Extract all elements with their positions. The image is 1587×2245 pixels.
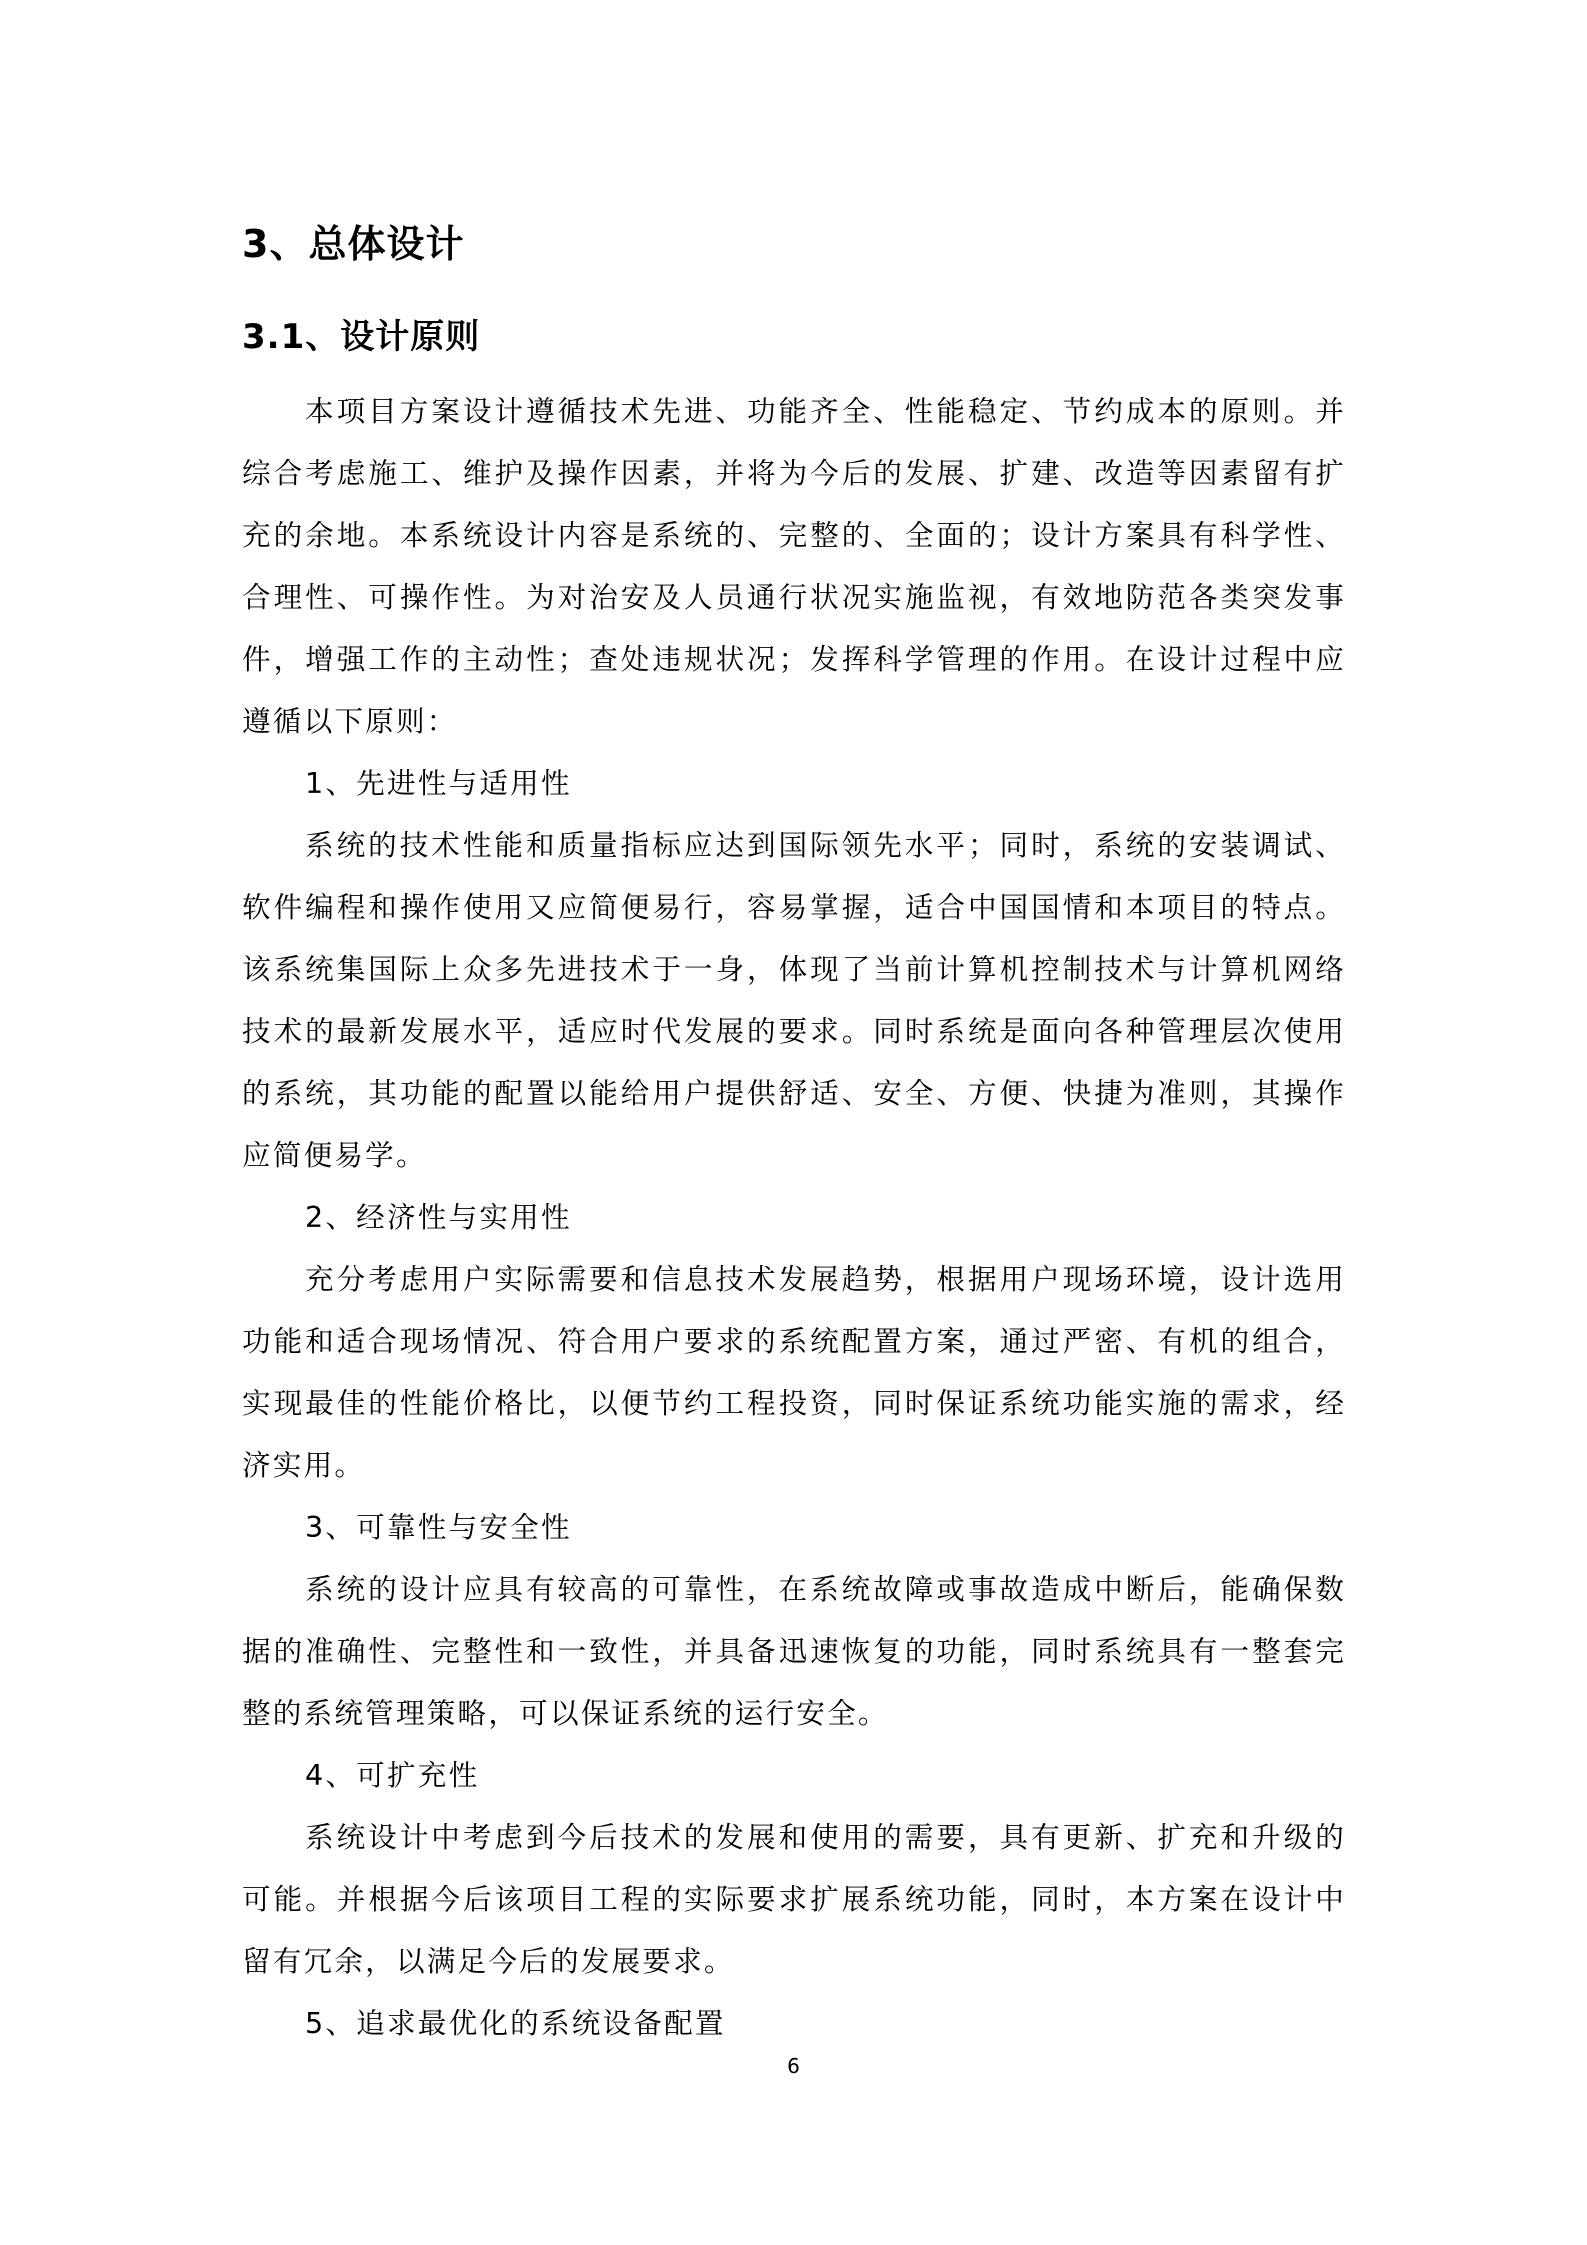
principle-title-4: 4、可扩充性 [242,1744,1346,1806]
section-heading: 3、总体设计 [242,216,464,272]
document-page: 3、总体设计 3.1、设计原则 本项目方案设计遵循技术先进、功能齐全、性能稳定、… [0,0,1587,2245]
subsection-heading: 3.1、设计原则 [242,312,480,362]
principle-text-2: 充分考虑用户实际需要和信息技术发展趋势，根据用户现场环境，设计选用功能和适合现场… [242,1248,1346,1496]
principle-title-1: 1、先进性与适用性 [242,752,1346,814]
principle-title-2: 2、经济性与实用性 [242,1186,1346,1248]
principle-text-1: 系统的技术性能和质量指标应达到国际领先水平；同时，系统的安装调试、软件编程和操作… [242,814,1346,1186]
body-text: 本项目方案设计遵循技术先进、功能齐全、性能稳定、节约成本的原则。并综合考虑施工、… [242,380,1346,2054]
principle-title-3: 3、可靠性与安全性 [242,1496,1346,1558]
principle-title-5: 5、追求最优化的系统设备配置 [242,1992,1346,2054]
page-number: 6 [0,2052,1587,2080]
principle-text-3: 系统的设计应具有较高的可靠性，在系统故障或事故造成中断后，能确保数据的准确性、完… [242,1558,1346,1744]
intro-paragraph: 本项目方案设计遵循技术先进、功能齐全、性能稳定、节约成本的原则。并综合考虑施工、… [242,380,1346,752]
principle-text-4: 系统设计中考虑到今后技术的发展和使用的需要，具有更新、扩充和升级的可能。并根据今… [242,1806,1346,1992]
